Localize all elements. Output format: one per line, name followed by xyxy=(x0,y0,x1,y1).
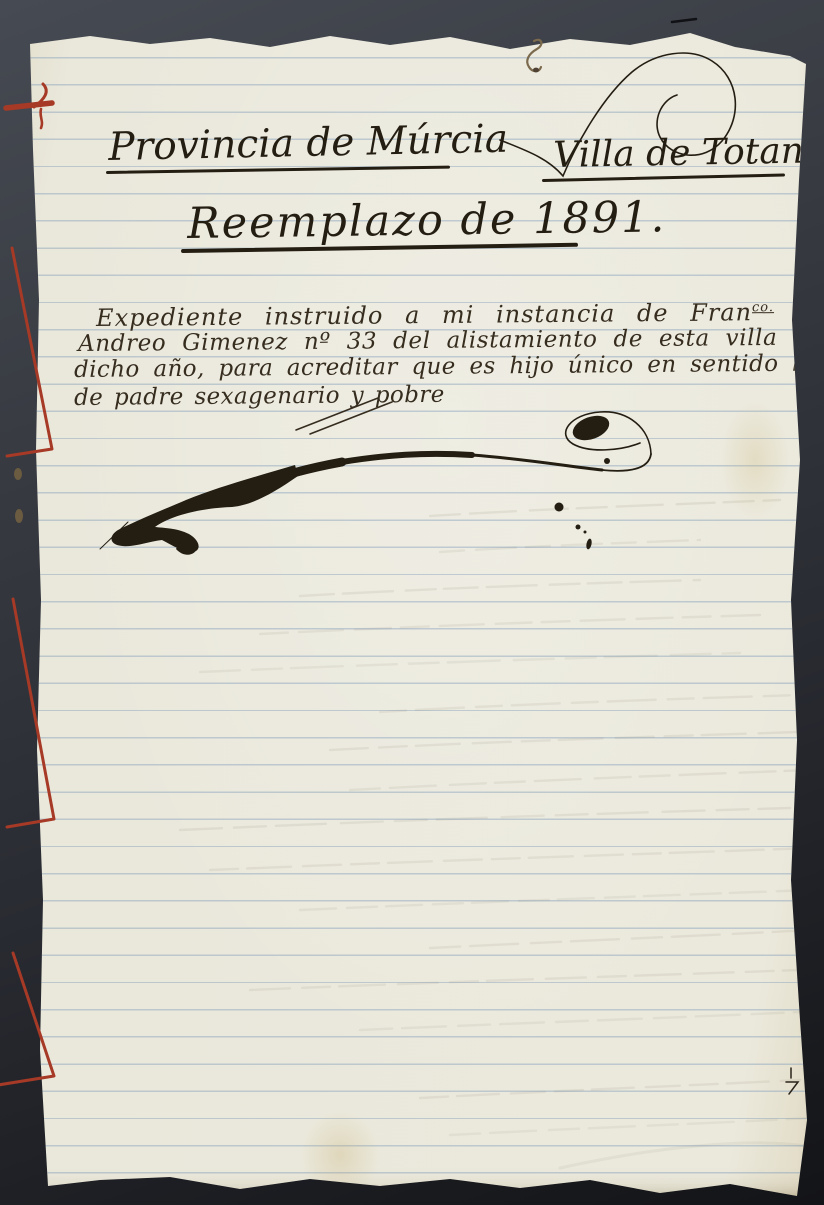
document-page: Provincia de Múrcia Villa de Totana Reem… xyxy=(0,0,824,1205)
margin-damage-specks xyxy=(14,468,23,523)
town-header: Villa de Totana xyxy=(553,133,824,174)
province-header: Provincia de Múrcia xyxy=(108,120,508,167)
replacement-year-title: Reemplazo de 1891. xyxy=(187,196,666,246)
backdrop-dash xyxy=(672,19,696,22)
scan-backdrop: Provincia de Múrcia Villa de Totana Reem… xyxy=(0,0,824,1205)
body-line-4: de padre sexagenario y pobre xyxy=(74,384,445,410)
body-line-1-superscript: co. xyxy=(752,300,774,315)
